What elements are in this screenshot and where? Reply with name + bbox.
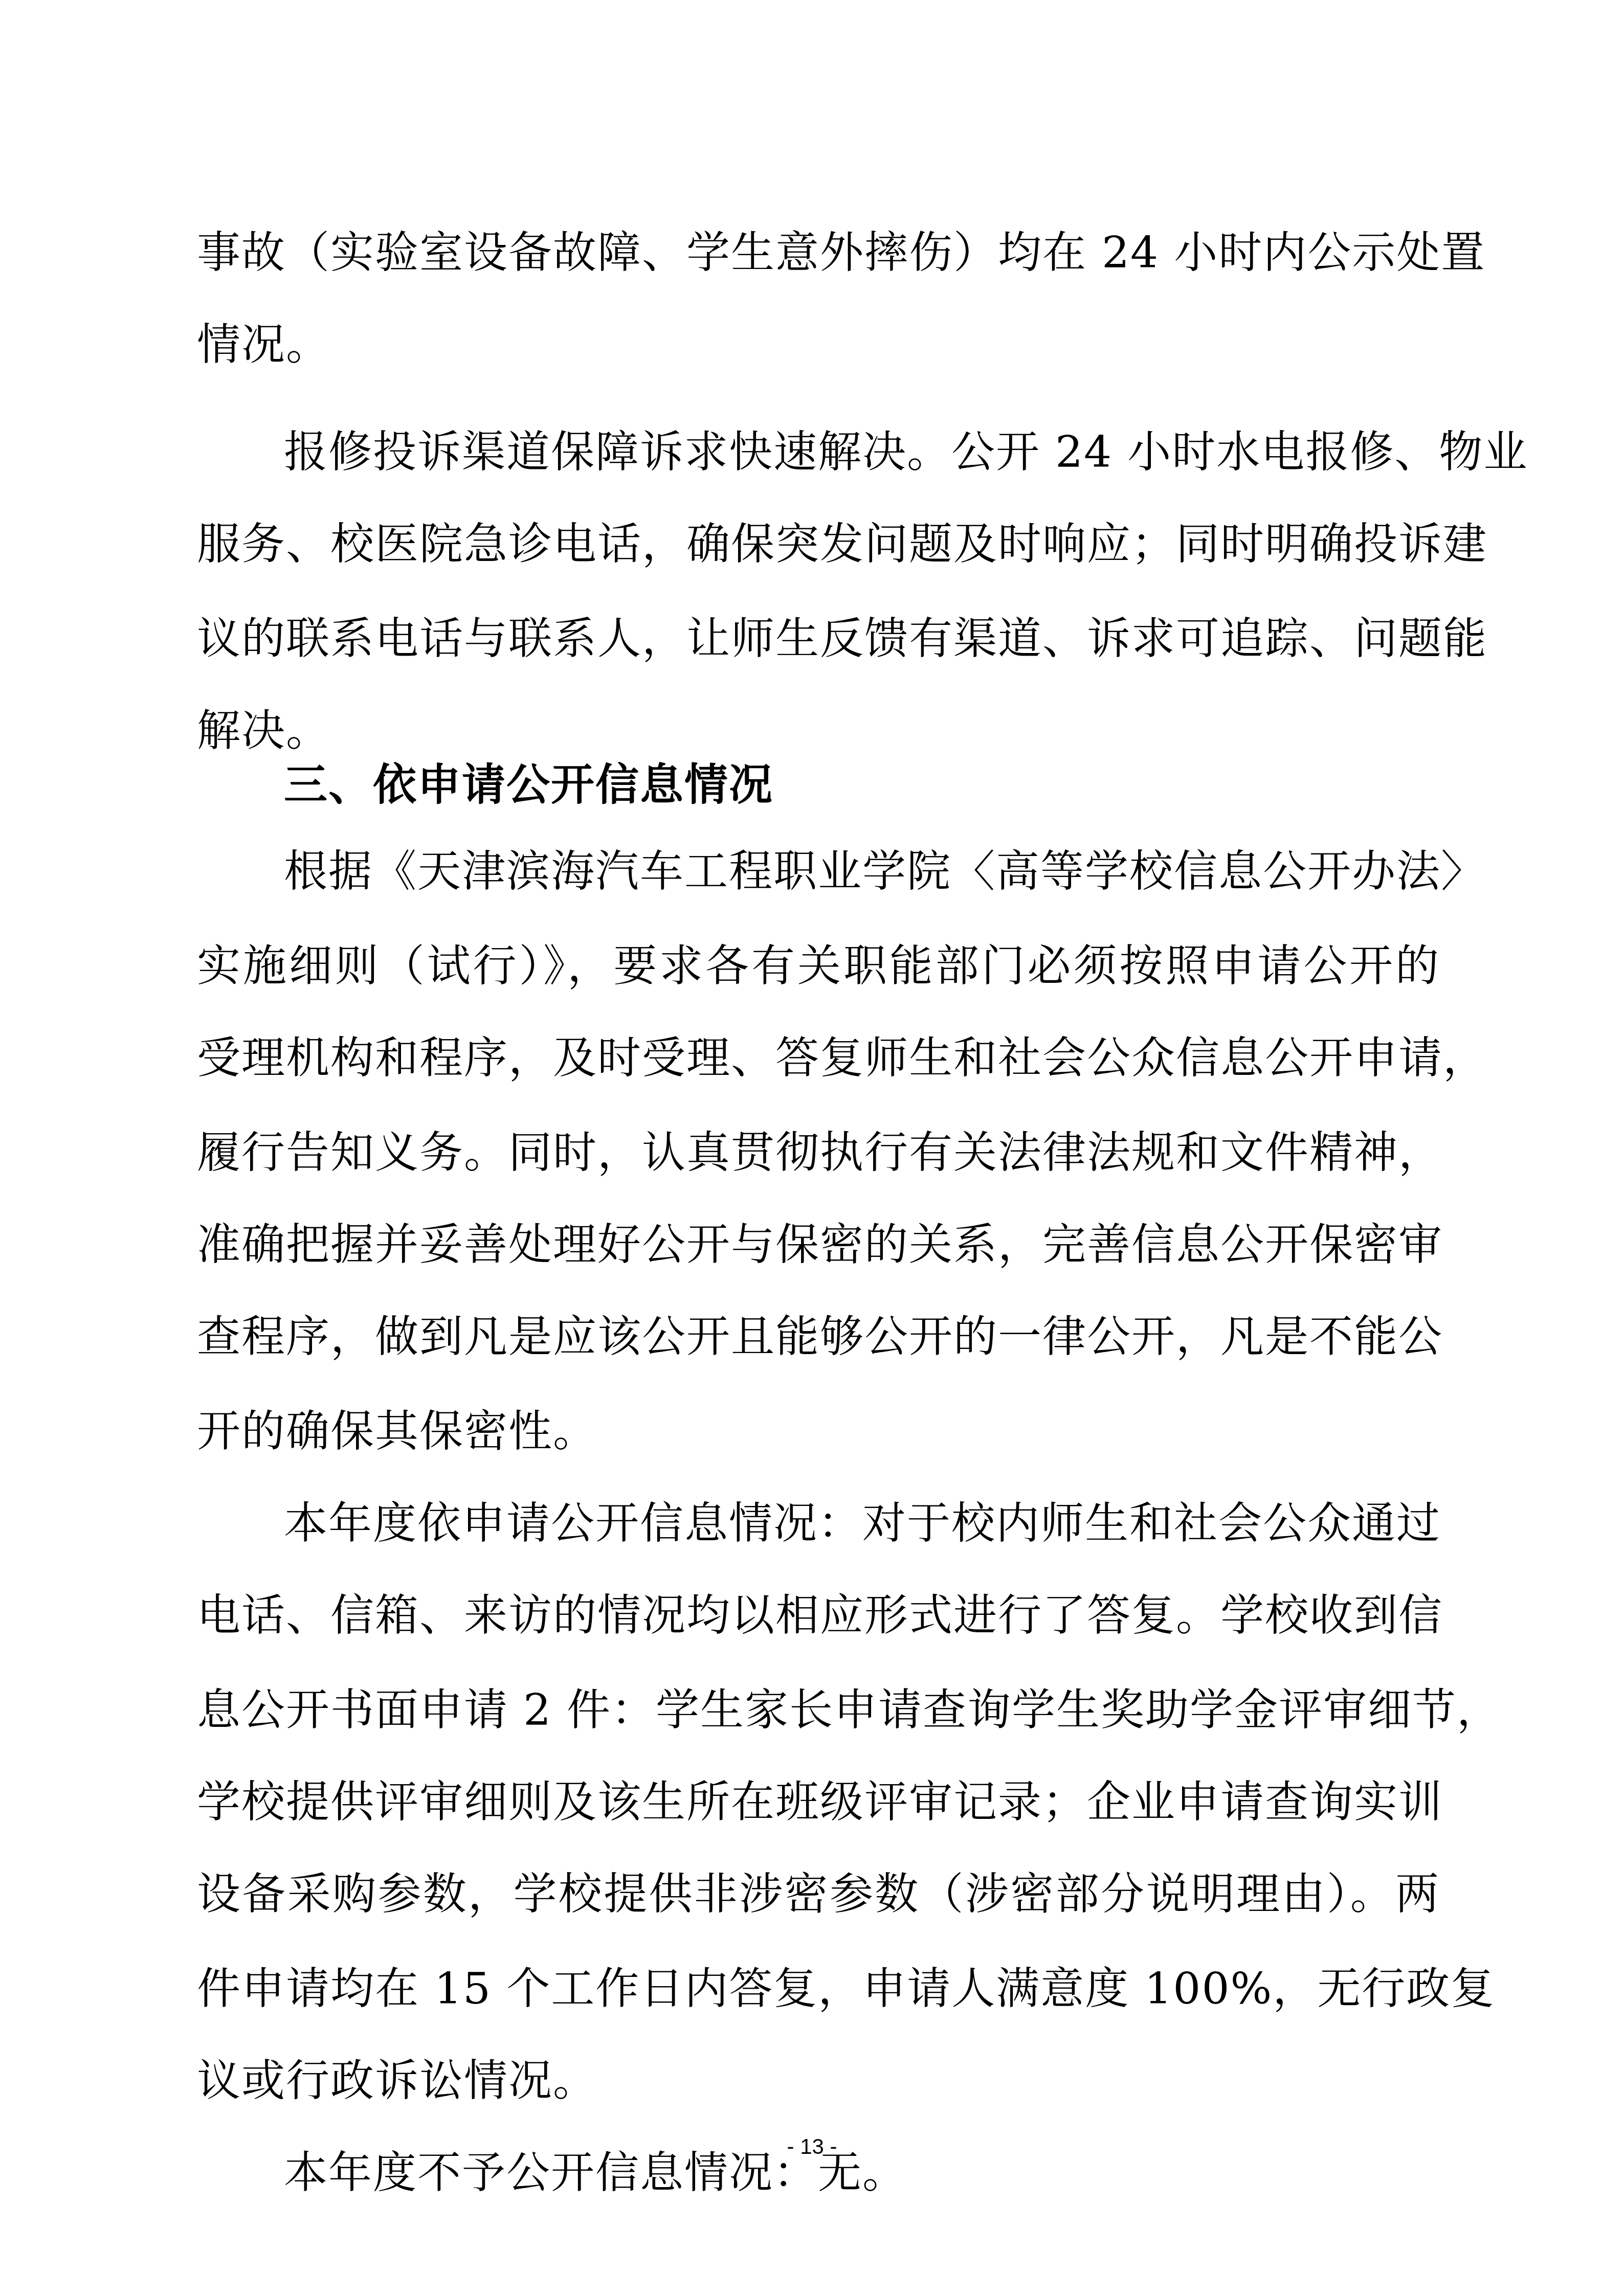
paragraph-line: 查程序，做到凡是应该公开且能够公开的一律公开，凡是不能公 xyxy=(197,1309,1440,1365)
paragraph-line: 解决。 xyxy=(197,703,330,759)
paragraph-line: 报修投诉渠道保障诉求快速解决。公开 24 小时水电报修、物业 xyxy=(197,424,1440,481)
paragraph-line: 根据《天津滨海汽车工程职业学院〈高等学校信息公开办法〉 xyxy=(197,844,1440,900)
paragraph-line: 开的确保其保密性。 xyxy=(197,1404,597,1460)
section-heading: 三、依申请公开信息情况 xyxy=(197,757,773,813)
paragraph-line: 事故（实验室设备故障、学生意外摔伤）均在 24 小时内公示处置 xyxy=(197,225,1440,281)
paragraph-line: 履行告知义务。同时，认真贯彻执行有关法律法规和文件精神， xyxy=(197,1125,1440,1181)
paragraph-line: 电话、信箱、来访的情况均以相应形式进行了答复。学校收到信 xyxy=(197,1588,1440,1644)
paragraph-line: 学校提供评审细则及该生所在班级评审记录；企业申请查询实训 xyxy=(197,1774,1440,1831)
paragraph-line: 实施细则（试行）》，要求各有关职能部门必须按照申请公开的 xyxy=(197,938,1440,995)
paragraph-line: 情况。 xyxy=(197,317,330,373)
paragraph-line: 设备采购参数，学校提供非涉密参数（涉密部分说明理由）。两 xyxy=(197,1866,1440,1923)
paragraph-line: 议的联系电话与联系人，让师生反馈有渠道、诉求可追踪、问题能 xyxy=(197,611,1440,667)
paragraph-line: 受理机构和程序，及时受理、答复师生和社会公众信息公开申请， xyxy=(197,1030,1440,1087)
paragraph-line: 息公开书面申请 2 件：学生家长申请查询学生奖助学金评审细节， xyxy=(197,1682,1440,1739)
paragraph-line: 服务、校医院急诊电话，确保突发问题及时响应；同时明确投诉建 xyxy=(197,516,1440,573)
paragraph-line: 议或行政诉讼情况。 xyxy=(197,2053,597,2109)
paragraph-line: 件申请均在 15 个工作日内答复，申请人满意度 100%，无行政复 xyxy=(197,1961,1440,2017)
page-number: - 13 - xyxy=(0,2131,1624,2162)
paragraph-line: 本年度依申请公开信息情况：对于校内师生和社会公众通过 xyxy=(197,1496,1440,1552)
paragraph-line: 准确把握并妥善处理好公开与保密的关系，完善信息公开保密审 xyxy=(197,1217,1440,1273)
